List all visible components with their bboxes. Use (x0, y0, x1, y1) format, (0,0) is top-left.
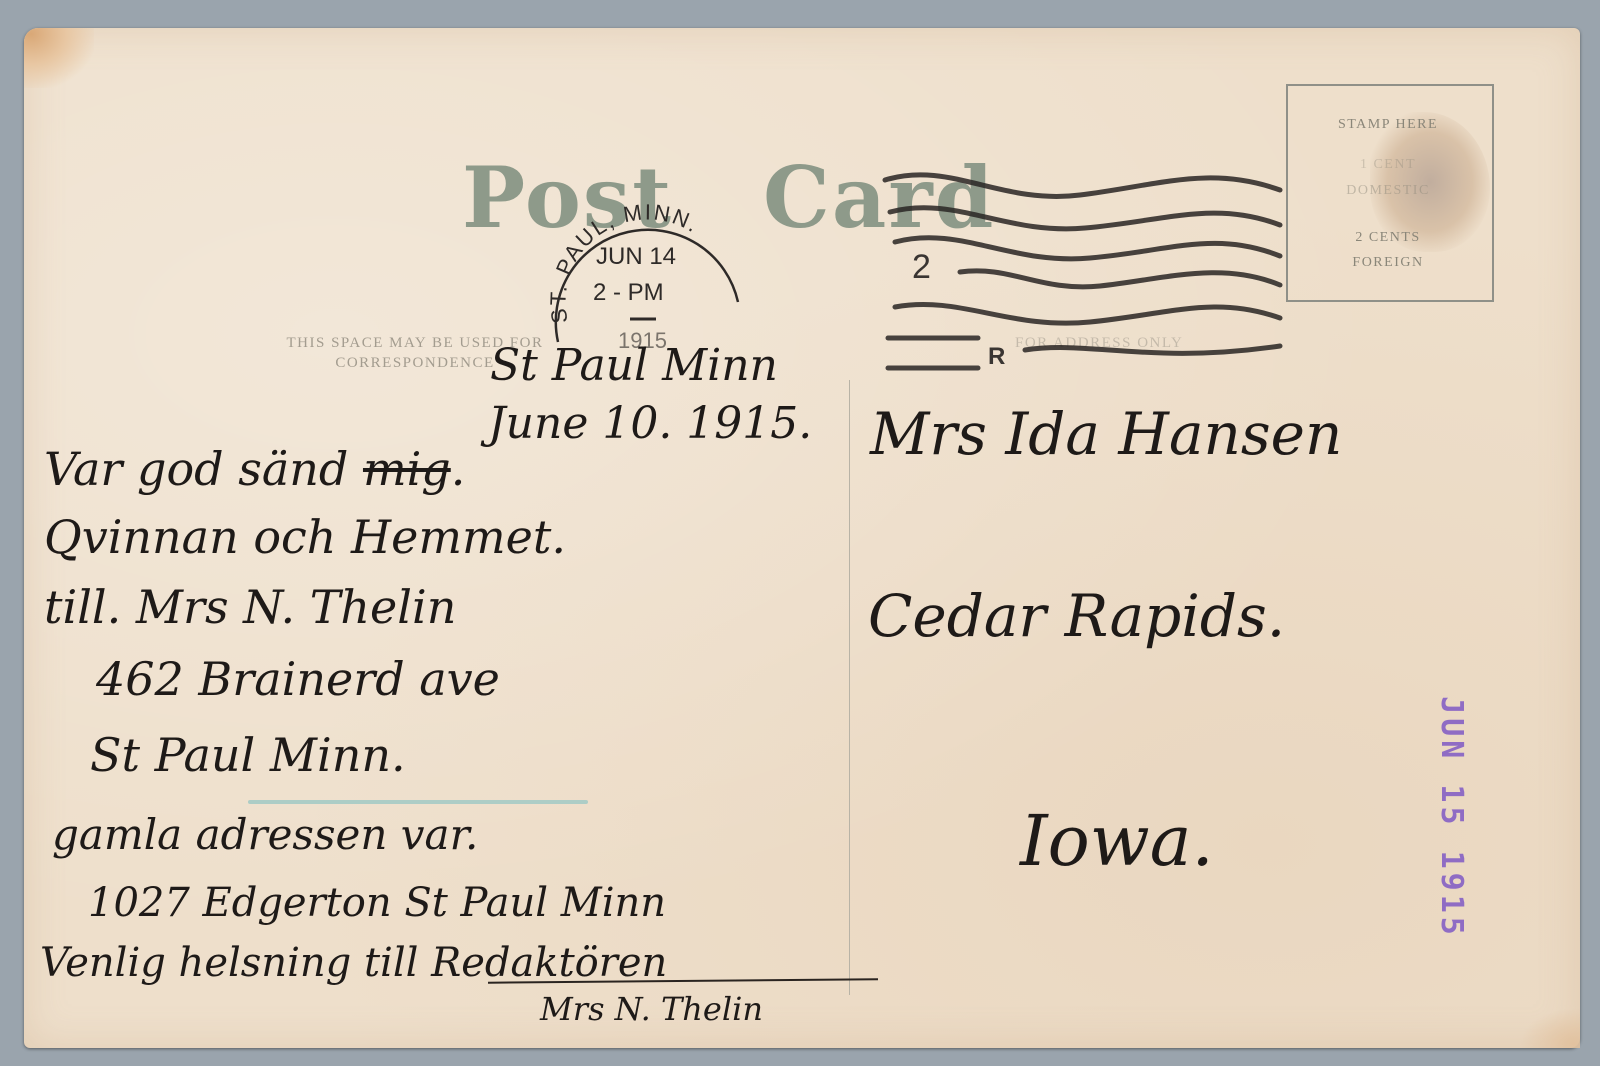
message-line: Venlig helsning till Redaktören (40, 940, 667, 986)
signature: Mrs N. Thelin (540, 990, 763, 1028)
message-place: St Paul Minn (490, 340, 778, 391)
corner-wear (24, 28, 94, 88)
recipient-city: Cedar Rapids. (868, 582, 1285, 650)
machine-letter: R (988, 343, 1005, 370)
center-divider (849, 380, 850, 995)
stamp-text: DOMESTIC (1286, 183, 1490, 199)
message-date: June 10. 1915. (488, 398, 812, 449)
machine-number: 2 (912, 248, 931, 286)
message-line: gamla adressen var. (52, 810, 478, 859)
message-line: St Paul Minn. (90, 728, 406, 782)
message-line: 1027 Edgerton St Paul Minn (88, 880, 666, 926)
stamp-text: 1 CENT (1286, 157, 1490, 173)
recipient-name: Mrs Ida Hansen (870, 400, 1342, 468)
postmark-circle: ST. PAUL, MINN. JUN 14 2 - PM 1915 (538, 202, 748, 352)
corner-wear (1520, 1008, 1580, 1048)
struck-word: mig (363, 442, 451, 496)
message-line: 462 Brainerd ave (96, 652, 500, 706)
recipient-state: Iowa. (1020, 800, 1214, 882)
postmark-date: JUN 14 (596, 243, 676, 270)
receiving-date-stamp: JUN 15 1915 (1434, 696, 1469, 939)
wavy-cancellation: 2 R (860, 150, 1300, 380)
stamp-text: 2 CENTS (1286, 230, 1490, 246)
postmark-time: 2 - PM (593, 279, 664, 306)
blue-pencil-mark (248, 800, 588, 804)
stamp-text: FOREIGN (1286, 255, 1490, 271)
message-line: till. Mrs N. Thelin (44, 580, 456, 634)
message-line: Qvinnan och Hemmet. (44, 510, 566, 564)
stamp-text: STAMP HERE (1286, 117, 1490, 133)
message-line: Var god sänd mig. (44, 442, 465, 496)
